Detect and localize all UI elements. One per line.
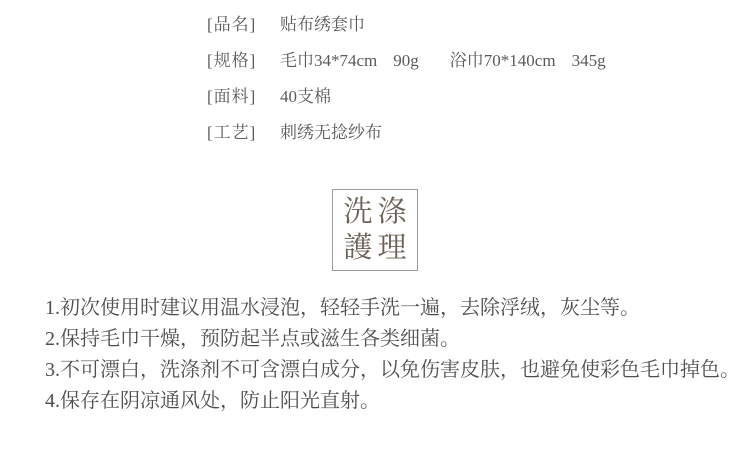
wash-care-seal: 洗涤 護理 — [332, 189, 418, 271]
product-detail-page: [品名] 贴布绣套巾 [规格] 毛巾34*74cm 90g 浴巾70*140cm… — [0, 0, 750, 449]
spec-value-bathtowel-size: 浴巾70*140cm — [450, 46, 556, 71]
wash-care-seal-line1: 洗涤 — [338, 194, 411, 230]
spec-value-towel-weight: 90g — [393, 51, 419, 71]
spec-label-craft: [工艺] — [207, 118, 280, 143]
care-instruction-2: 2.保持毛巾干燥，预防起半点或滋生各类细菌。 — [45, 324, 750, 355]
spec-label-fabric: [面料] — [207, 82, 280, 107]
spec-value-craft: 刺绣无捻纱布 — [280, 118, 382, 143]
spec-row-fabric: [面料] 40支棉 — [207, 82, 750, 99]
wash-care-seal-line2: 護理 — [338, 230, 411, 266]
care-instruction-3: 3.不可漂白，洗涤剂不可含漂白成分，以免伤害皮肤，也避免使彩色毛巾掉色。 — [45, 355, 750, 386]
spec-value-bathtowel-weight: 345g — [572, 51, 606, 71]
spec-label-size: [规格] — [207, 46, 280, 71]
spec-label-product-name: [品名] — [207, 10, 280, 35]
spec-value-towel-size: 毛巾34*74cm — [280, 46, 377, 71]
care-instruction-1: 1.初次使用时建议用温水浸泡，轻轻手洗一遍，去除浮绒，灰尘等。 — [45, 293, 750, 324]
spec-row-craft: [工艺] 刺绣无捻纱布 — [207, 118, 750, 135]
spec-value-fabric: 40支棉 — [280, 82, 331, 107]
care-instructions-list: 1.初次使用时建议用温水浸泡，轻轻手洗一遍，去除浮绒，灰尘等。 2.保持毛巾干燥… — [45, 293, 750, 417]
care-instruction-4: 4.保存在阴凉通风处，防止阳光直射。 — [45, 386, 750, 417]
product-specs: [品名] 贴布绣套巾 [规格] 毛巾34*74cm 90g 浴巾70*140cm… — [207, 0, 750, 135]
spec-row-product-name: [品名] 贴布绣套巾 — [207, 10, 750, 27]
spec-value-product-name: 贴布绣套巾 — [280, 10, 365, 35]
spec-row-size: [规格] 毛巾34*74cm 90g 浴巾70*140cm 345g — [207, 46, 750, 63]
